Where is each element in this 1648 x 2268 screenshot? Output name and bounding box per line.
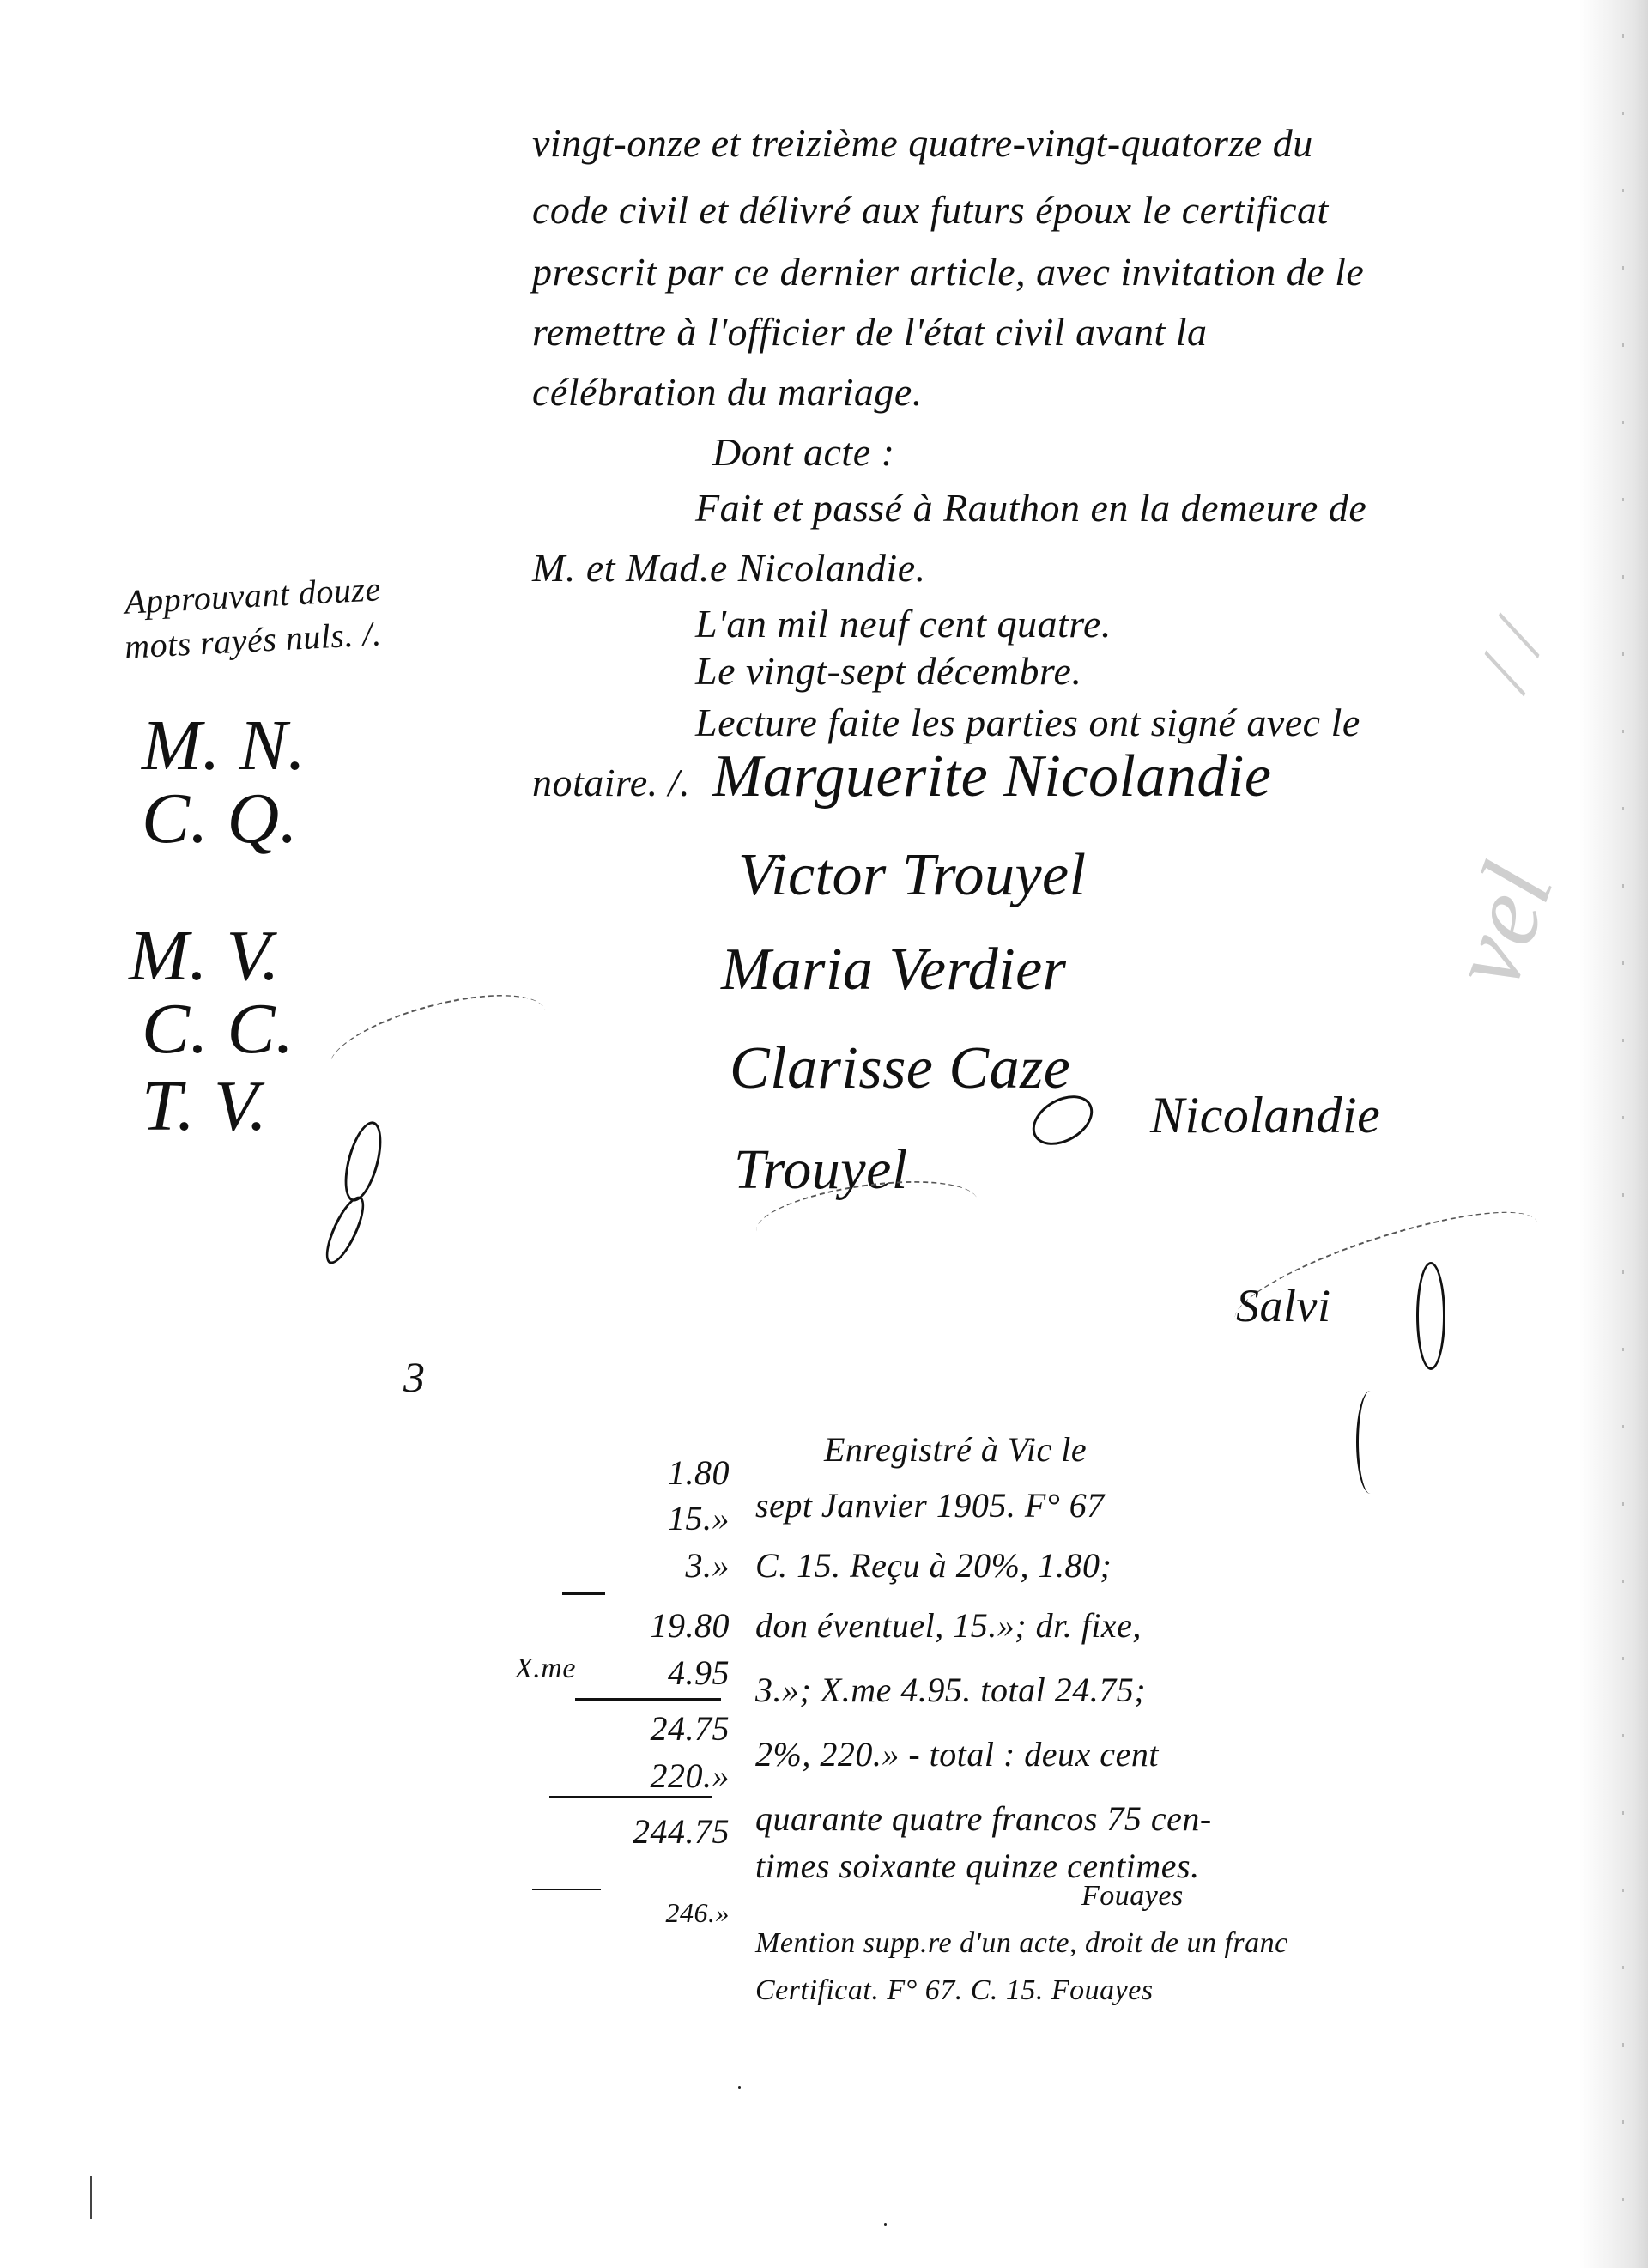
body-line-dont-acte: Dont acte :: [712, 429, 894, 475]
paraph-initials-row: C. C.: [142, 987, 294, 1070]
margin-note-line: Approuvant douze: [124, 568, 382, 622]
body-line: code civil et délivré aux futurs époux l…: [532, 187, 1329, 233]
body-line: célébration du mariage.: [532, 369, 923, 415]
registration-line: Mention supp.re d'un acte, droit de un f…: [755, 1927, 1288, 1960]
signature-nicolandie: Nicolandie: [1150, 1086, 1380, 1145]
notary-flourish-icon: [318, 1192, 372, 1269]
body-line: prescrit par ce dernier article, avec in…: [532, 249, 1364, 294]
page-edge-shadow: [1579, 0, 1648, 2268]
bleed-through-text: / /: [1459, 611, 1564, 700]
body-line: remettre à l'officier de l'état civil av…: [532, 309, 1208, 355]
registration-line: Certificat. F° 67. C. 15. Fouayes: [755, 1974, 1154, 2007]
body-line-date-day: Le vingt-sept décembre.: [695, 648, 1081, 694]
signature-flourish-stroke: [1224, 1189, 1548, 1354]
bleed-through-text: vel: [1425, 849, 1578, 1003]
paraph-initials-row: C. Q.: [142, 777, 298, 860]
signature-clarisse-caze: Clarisse Caze: [730, 1034, 1070, 1103]
calc-row: 244.75: [558, 1811, 730, 1852]
calc-row: 1.80: [558, 1452, 730, 1493]
signature-marguerite-nicolandie: Marguerite Nicolandie: [712, 743, 1271, 811]
body-line: vingt-onze et treizième quatre-vingt-qua…: [532, 120, 1313, 166]
registration-line: sept Janvier 1905. F° 67: [755, 1485, 1105, 1525]
registration-line: 3.»; X.me 4.95. total 24.75;: [755, 1670, 1146, 1710]
calc-row: 3.»: [558, 1545, 730, 1586]
page-margin-mark: [90, 2176, 92, 2219]
calc-row: 15.»: [558, 1498, 730, 1538]
notary-flourish-icon: [337, 1118, 389, 1205]
body-line: Lecture faite les parties ont signé avec…: [695, 700, 1360, 745]
body-line: Fait et passé à Rauthon en la demeure de: [695, 485, 1366, 531]
body-line: M. et Mad.e Nicolandie.: [532, 545, 926, 591]
notary-paraph-icon: [1416, 1262, 1445, 1370]
registration-line: Enregistré à Vic le: [824, 1429, 1087, 1470]
registration-line: C. 15. Reçu à 20%, 1.80;: [755, 1545, 1112, 1586]
paraph-initials-row: M. N.: [142, 704, 306, 787]
bracket-stroke: [1356, 1391, 1384, 1494]
signature-maria-verdier: Maria Verdier: [721, 936, 1066, 1004]
registration-line: don éventuel, 15.»; dr. fixe,: [755, 1605, 1142, 1646]
paraph-initials-row: M. V.: [129, 914, 280, 998]
body-line-date-year: L'an mil neuf cent quatre.: [695, 601, 1112, 646]
ink-speck: [738, 2086, 741, 2089]
calc-row: 4.95: [558, 1652, 730, 1693]
calc-row: 220.»: [558, 1756, 730, 1796]
body-line: notaire. /.: [532, 760, 690, 805]
calc-row: 19.80: [558, 1605, 730, 1646]
paraph-initials-row: T. V.: [142, 1064, 267, 1148]
ink-stroke: [321, 977, 554, 1102]
registration-line: 2%, 220.» - total : deux cent: [755, 1734, 1159, 1774]
calc-rule: [575, 1698, 721, 1701]
calc-rule: [549, 1796, 712, 1798]
calc-row: 24.75: [558, 1708, 730, 1749]
registration-line: quarante quatre francos 75 cen-: [755, 1798, 1212, 1839]
calc-rule: [532, 1889, 601, 1890]
calc-row-total: 246.»: [558, 1897, 730, 1929]
signature-victor-trouyel: Victor Trouyel: [738, 841, 1087, 910]
margin-note-line: mots rayés nuls. /.: [124, 613, 383, 667]
page-binding-marks: [1622, 0, 1624, 2268]
ink-speck: [884, 2223, 887, 2226]
page-number-mark: 3: [403, 1352, 426, 1402]
receiver-signature: Fouayes: [1081, 1880, 1184, 1913]
calc-rule: [562, 1592, 605, 1595]
